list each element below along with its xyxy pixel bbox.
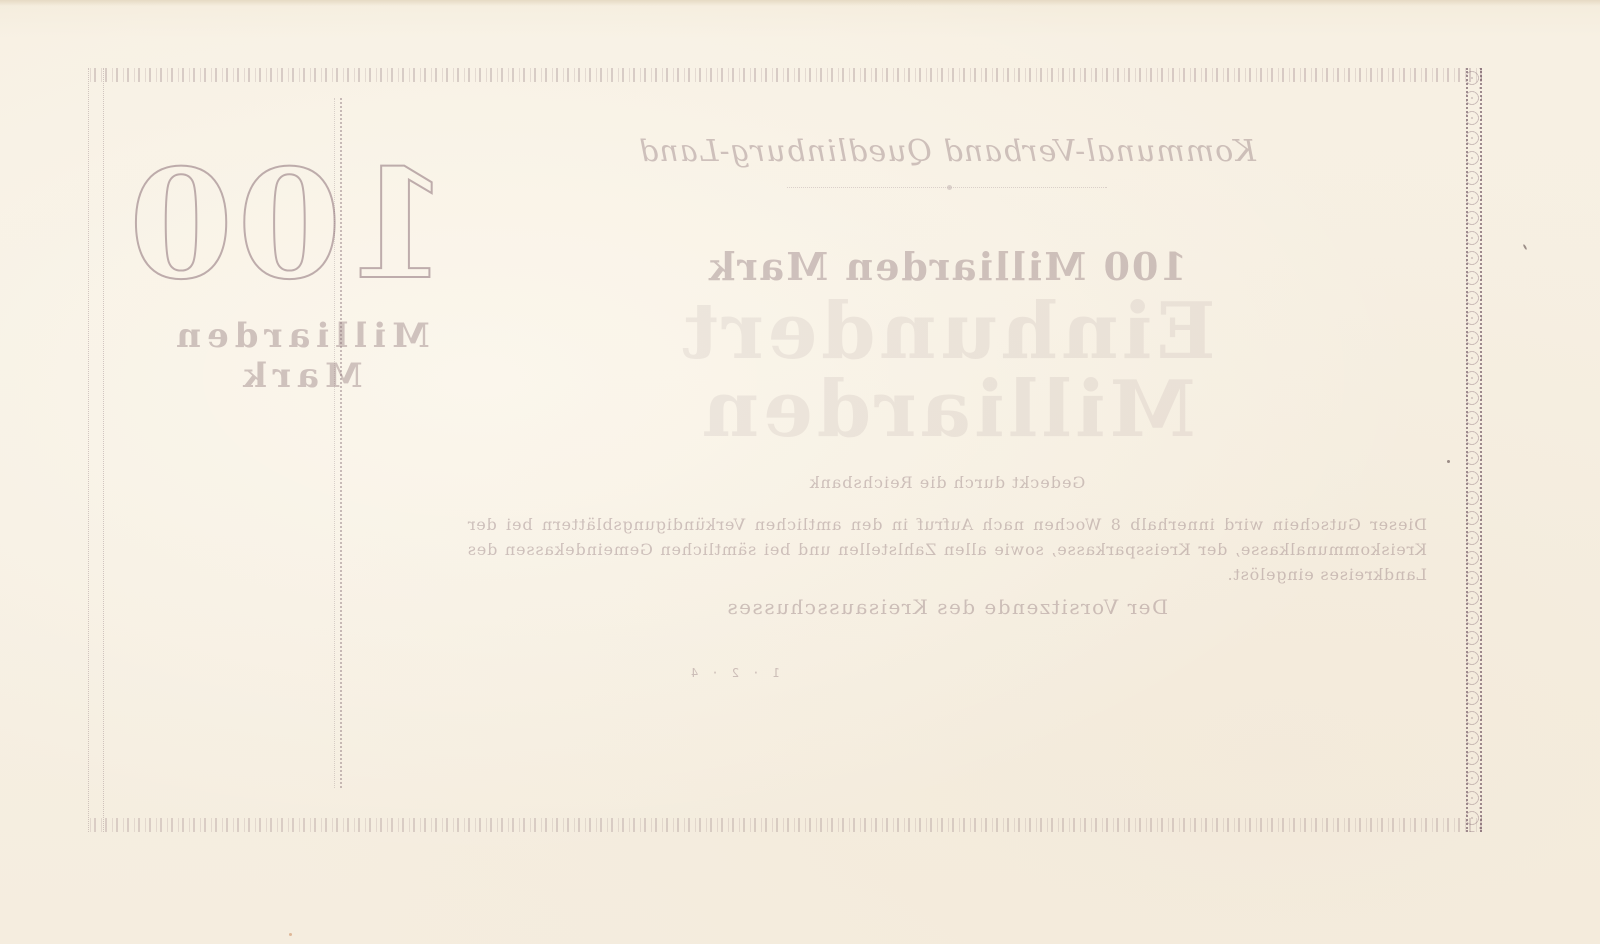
paper-speck [289,933,292,936]
frame-top-band [88,68,1482,82]
amount-in-words: Einhundert Milliarden [462,293,1432,449]
paper-speck [1447,460,1450,463]
issuer-name: Kommunal-Verband Quedlinburg-Land [462,134,1432,169]
ornamental-rule [787,187,1107,188]
denomination-panel: 100 Milliarden Mark [150,150,450,396]
serial-number: 1 · 2 · 4 [688,666,780,680]
denomination-number: 100 [150,150,450,300]
main-text-block: Kommunal-Verband Quedlinburg-Land 100 Mi… [462,120,1432,619]
frame-side-band-strong [1466,68,1482,832]
redemption-terms: Dieser Gutschein wird innerhalb 8 Wochen… [467,512,1427,587]
frame-side-band-faint [88,68,104,832]
frame-bottom-band [88,818,1482,832]
amount-numeric-line: 100 Milliarden Mark [462,244,1432,289]
signature-title: Der Vorsitzende des Kreisausschusses [462,595,1432,619]
denomination-unit: Milliarden Mark [150,316,450,396]
validity-note: Gedeckt durch die Reichsbank [462,473,1432,492]
banknote-paper: Kommunal-Verband Quedlinburg-Land 100 Mi… [0,0,1600,944]
mirrored-show-through-print: Kommunal-Verband Quedlinburg-Land 100 Mi… [0,0,1600,944]
